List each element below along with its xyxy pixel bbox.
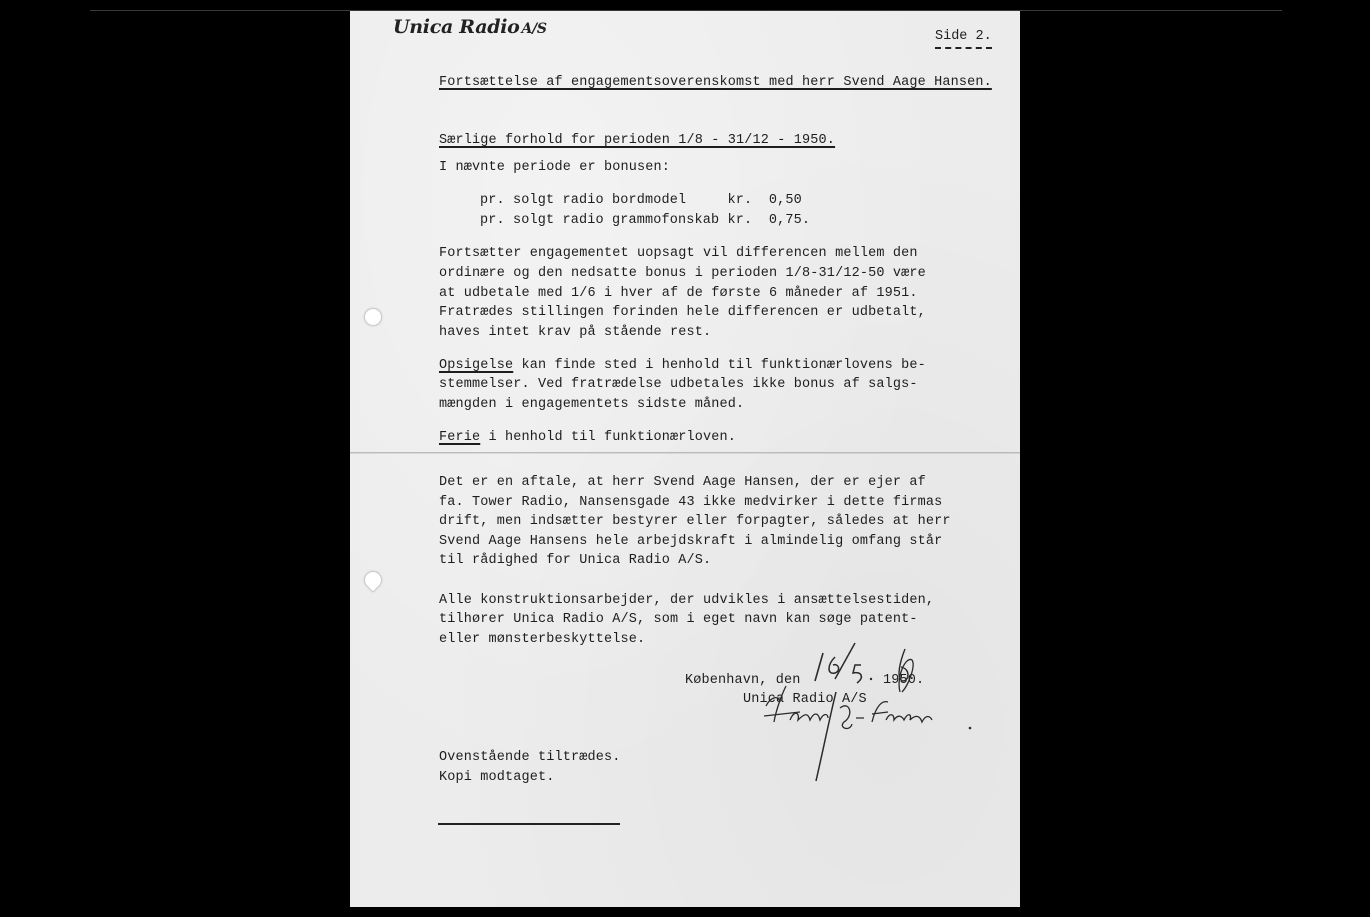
bonus-amount: 0,50 <box>769 193 802 208</box>
bonus-item: pr. solgt radio grammofonskab <box>480 213 728 228</box>
construction-paragraph-line: Alle konstruktionsarbejder, der udvikles… <box>439 593 934 609</box>
difference-paragraph-line: ordinære og den nedsatte bonus i periode… <box>439 266 926 282</box>
paper-fold-crease <box>350 452 1020 454</box>
punch-hole-upper <box>364 308 382 326</box>
agreement-paragraph-line: til rådighed for Unica Radio A/S. <box>439 553 711 569</box>
page-number: Side 2. <box>935 29 992 44</box>
scan-viewer: Unica RadioA/S Side 2. Fortsættelse af e… <box>0 0 1370 917</box>
acceptance-line: Ovenstående tiltrædes. <box>439 750 621 766</box>
bonus-amount: 0,75. <box>769 213 810 228</box>
agreement-paragraph-line: fa. Tower Radio, Nansensgade 43 ikke med… <box>439 495 942 511</box>
notice-keyword: Opsigelse <box>439 358 513 373</box>
special-section-intro: I nævnte periode er bonusen: <box>439 160 670 176</box>
special-section-heading: Særlige forhold for perioden 1/8 - 31/12… <box>439 133 835 149</box>
bonus-currency: kr. <box>728 193 753 208</box>
signature-blank-line <box>438 823 620 825</box>
difference-paragraph-line: haves intet krav på stående rest. <box>439 325 711 341</box>
punch-hole-lower <box>360 567 385 592</box>
holiday-text: i henhold til funktionærloven. <box>480 430 736 445</box>
page-number-underline <box>935 47 992 49</box>
agreement-paragraph-line: Det er en aftale, at herr Svend Aage Han… <box>439 475 926 491</box>
holiday-keyword: Ferie <box>439 430 480 445</box>
agreement-paragraph-line: drift, men indsætter bestyrer eller forp… <box>439 514 951 530</box>
difference-paragraph-line: Fratrædes stillingen forinden hele diffe… <box>439 305 926 321</box>
agreement-paragraph-line: Svend Aage Hansens hele arbejdskraft i a… <box>439 534 942 550</box>
signature <box>760 636 980 786</box>
letterhead-suffix: A/S <box>522 21 547 37</box>
notice-paragraph-line: stemmelser. Ved fratrædelse udbetales ik… <box>439 377 918 393</box>
notice-paragraph-line: Opsigelse kan finde sted i henhold til f… <box>439 358 926 374</box>
bonus-row: pr. solgt radio bordmodel kr. 0,50 <box>480 193 802 209</box>
letterhead-company: Unica Radio <box>393 16 520 38</box>
construction-paragraph-line: tilhører Unica Radio A/S, som i eget nav… <box>439 612 918 628</box>
bonus-row: pr. solgt radio grammofonskab kr. 0,75. <box>480 213 810 229</box>
construction-paragraph-line: eller mønsterbeskyttelse. <box>439 632 645 648</box>
acceptance-line: Kopi modtaget. <box>439 770 555 786</box>
difference-paragraph-line: Fortsætter engagementet uopsagt vil diff… <box>439 246 918 262</box>
notice-paragraph-line: mængden i engagementets sidste måned. <box>439 397 744 413</box>
holiday-paragraph: Ferie i henhold til funktionærloven. <box>439 430 736 446</box>
document-page: Unica RadioA/S Side 2. Fortsættelse af e… <box>350 11 1020 907</box>
bonus-item: pr. solgt radio bordmodel <box>480 193 728 208</box>
letterhead-logo: Unica RadioA/S <box>393 16 547 38</box>
document-title: Fortsættelse af engagementsoverenskomst … <box>439 75 992 91</box>
bonus-currency: kr. <box>728 213 753 228</box>
notice-text: kan finde sted i henhold til funktionærl… <box>513 358 926 373</box>
difference-paragraph-line: at udbetale med 1/6 i hver af de første … <box>439 286 918 302</box>
